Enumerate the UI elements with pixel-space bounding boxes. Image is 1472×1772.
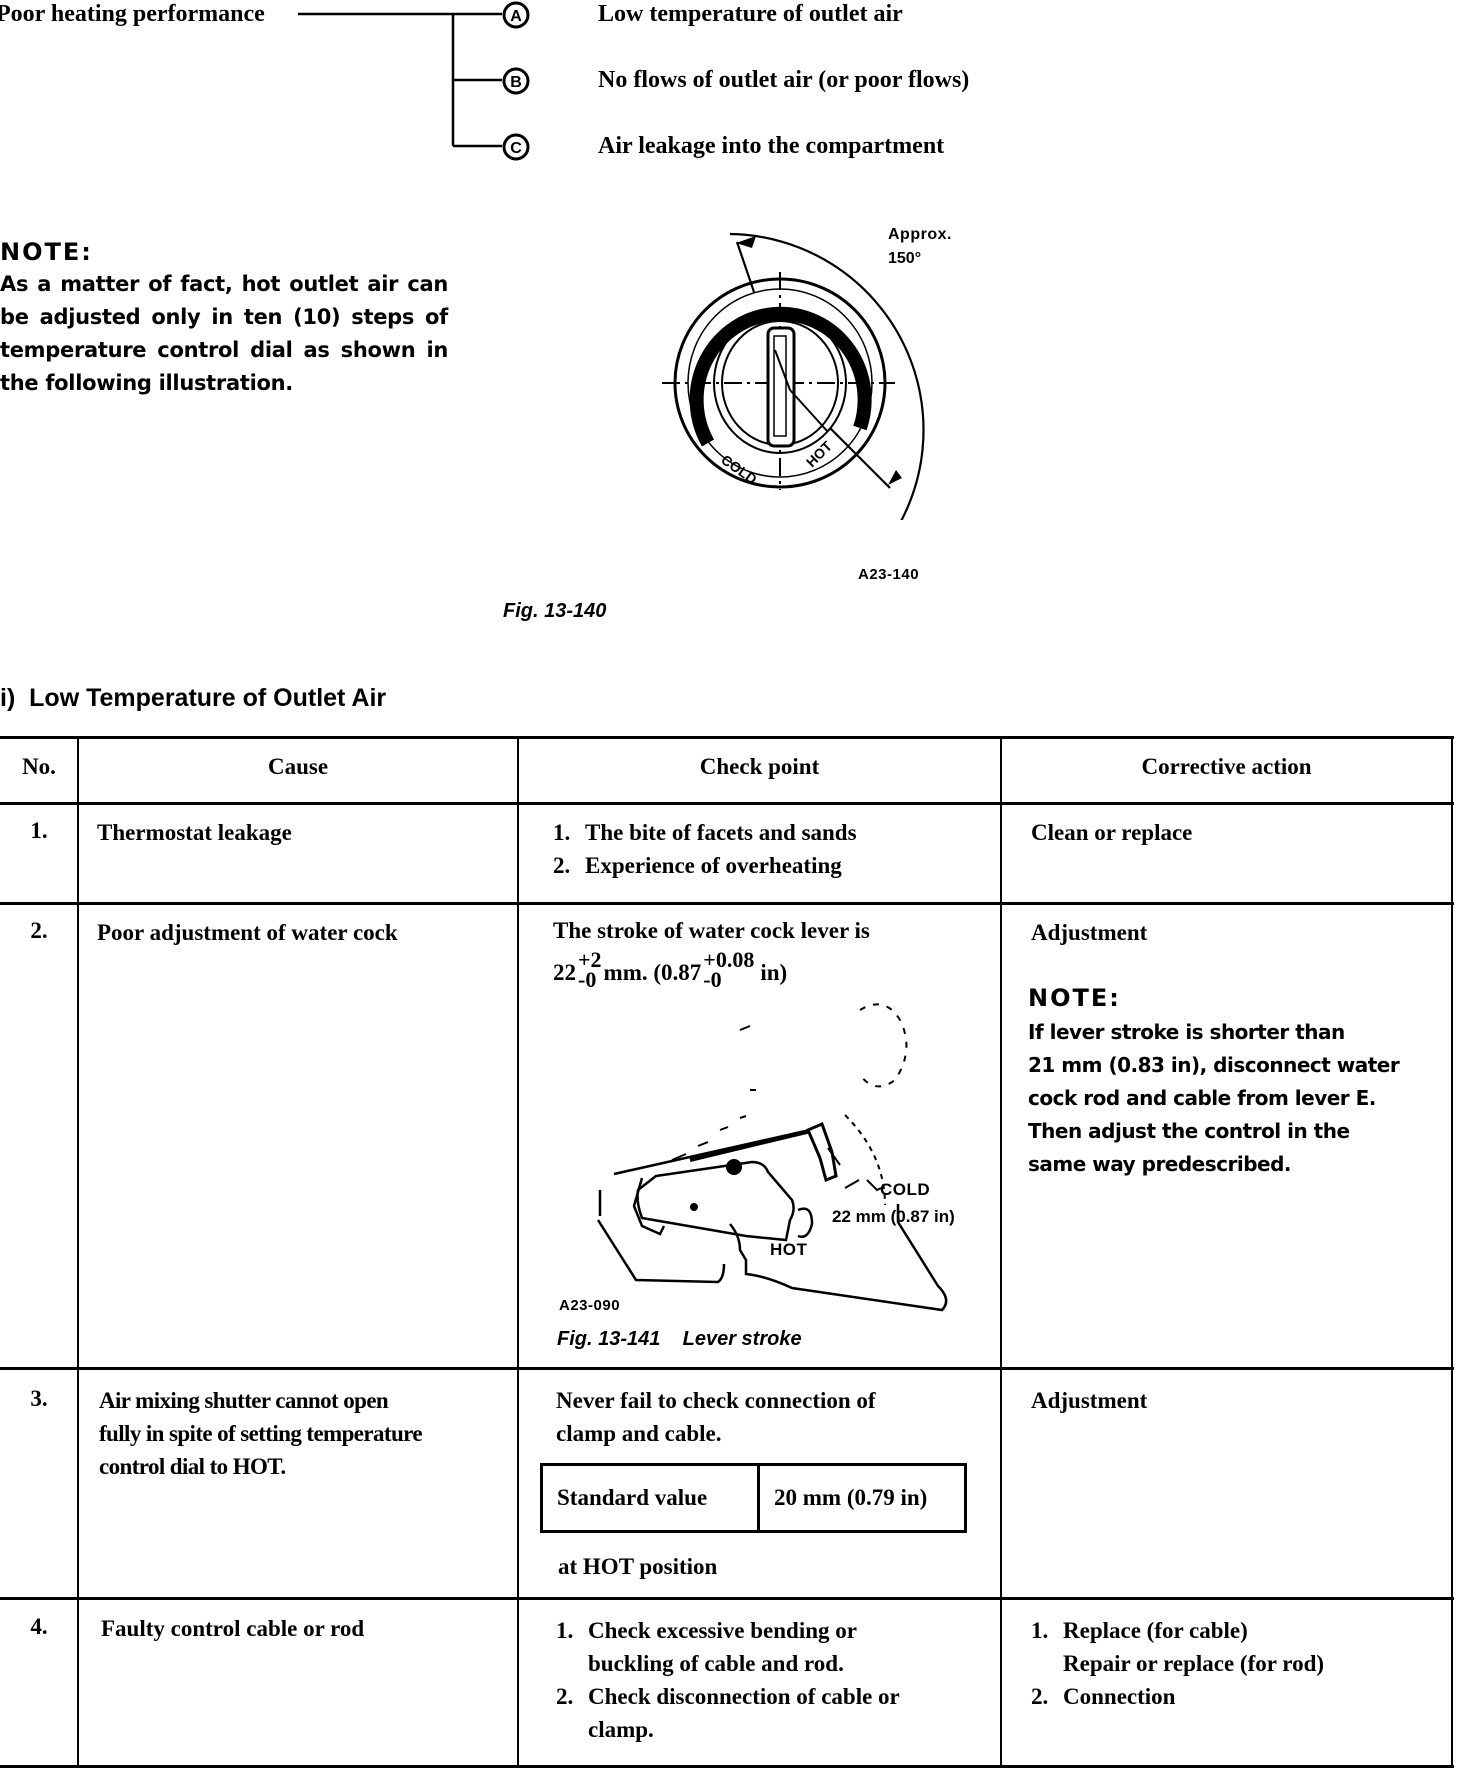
row-number: 1. (0, 818, 78, 844)
lever-stroke-illustration (560, 990, 1000, 1320)
row-action-note-body: If lever stroke is shorter than 21 mm (0… (1028, 1016, 1399, 1181)
circled-a-icon: A (502, 1, 530, 29)
list-text: buckling of cable and rod. (588, 1647, 844, 1680)
cause-line: control dial to HOT. (99, 1450, 422, 1483)
table-border-bottom (0, 1765, 1454, 1768)
tree-branch-a-label: Low temperature of outlet air (598, 0, 903, 28)
list-number: 1. (1031, 1614, 1063, 1647)
lever-hot-label: HOT (770, 1240, 807, 1260)
standard-value-label: Standard value (543, 1466, 760, 1530)
svg-text:C: C (510, 140, 522, 157)
row-number: 2. (0, 918, 78, 944)
stroke-unit-mm: mm. (604, 956, 648, 989)
table-row-divider (0, 1597, 1454, 1600)
lever-stroke-label: 22 mm (0.87 in) (832, 1207, 955, 1227)
row-check: 1.Check excessive bending or buckling of… (556, 1614, 900, 1746)
row-number: 3. (0, 1386, 78, 1412)
header-corrective-action: Corrective action (1001, 754, 1452, 780)
row-cause: Poor adjustment of water cock (97, 916, 398, 949)
stroke-value-mm: 22 (553, 956, 576, 989)
stroke-tolerance-in: +0.08-0 (703, 950, 754, 990)
header-no: No. (0, 754, 78, 780)
svg-text:B: B (510, 74, 522, 91)
note-title: NOTE: (0, 238, 93, 266)
stroke-tolerance-mm: +2-0 (578, 950, 602, 990)
table-header-divider (0, 802, 1454, 805)
cause-line: Air mixing shutter cannot open (99, 1384, 422, 1417)
check-line: clamp and cable. (556, 1417, 876, 1450)
tree-branch-b-label: No flows of outlet air (or poor flows) (598, 66, 969, 94)
dial-hot-label: HOT (803, 438, 836, 471)
header-cause: Cause (78, 754, 518, 780)
row-action: Adjustment (1031, 916, 1147, 949)
note-line: same way predescribed. (1028, 1148, 1399, 1181)
list-text: Check disconnection of cable or (588, 1680, 900, 1713)
row-action: 1.Replace (for cable) Repair or replace … (1031, 1614, 1324, 1713)
row-action: Clean or replace (1031, 816, 1192, 849)
list-text: The bite of facets and sands (585, 816, 857, 849)
row-action-note-title: NOTE: (1028, 984, 1121, 1012)
row-check-text: The stroke of water cock lever is (553, 914, 870, 947)
angle-label-line1: Approx. (888, 226, 952, 244)
list-text: clamp. (588, 1713, 654, 1746)
table-col-divider (1000, 736, 1002, 1768)
list-number: 2. (556, 1680, 588, 1713)
list-text: Repair or replace (for rod) (1063, 1647, 1324, 1680)
standard-value: 20 mm (0.79 in) (760, 1466, 964, 1530)
list-text: Replace (for cable) (1063, 1614, 1248, 1647)
row-check: Never fail to check connection of clamp … (556, 1384, 876, 1450)
row-cause: Faulty control cable or rod (101, 1612, 364, 1645)
list-number: 1. (556, 1614, 588, 1647)
table-row-divider (0, 1367, 1454, 1370)
svg-text:A: A (510, 8, 522, 25)
list-number: 2. (1031, 1680, 1063, 1713)
note-line: If lever stroke is shorter than (1028, 1016, 1399, 1049)
temperature-dial-illustration: COLD HOT (640, 200, 1000, 520)
check-line: Never fail to check connection of (556, 1384, 876, 1417)
stroke-value-in: (0.87 (653, 956, 701, 989)
table-border-right (1451, 736, 1453, 1768)
figure-code-a23-140: A23-140 (858, 566, 919, 583)
lever-cold-label: COLD (880, 1180, 930, 1200)
section-heading: i) Low Temperature of Outlet Air (0, 684, 386, 713)
figure-code-a23-090: A23-090 (559, 1297, 620, 1314)
row-cause: Thermostat leakage (97, 816, 292, 849)
stroke-spec: 22 +2-0 mm. (0.87 +0.08-0 in) (553, 952, 787, 992)
note-line: 21 mm (0.83 in), disconnect water (1028, 1049, 1399, 1082)
table-border-top (0, 736, 1454, 739)
circled-c-icon: C (502, 133, 530, 161)
note-body: As a matter of fact, hot outlet air can … (0, 268, 448, 400)
tree-branch-c-label: Air leakage into the compartment (598, 132, 944, 160)
row-check-after: at HOT position (558, 1550, 717, 1583)
table-col-divider (517, 736, 519, 1768)
list-text: Check excessive bending or (588, 1614, 857, 1647)
row-number: 4. (0, 1614, 78, 1640)
cause-line: fully in spite of setting temperature (99, 1417, 422, 1450)
list-text: Connection (1063, 1680, 1175, 1713)
row-cause: Air mixing shutter cannot open fully in … (99, 1384, 422, 1483)
dial-cold-label: COLD (718, 451, 760, 487)
standard-value-box: Standard value 20 mm (0.79 in) (540, 1463, 967, 1533)
list-number: 1. (553, 816, 585, 849)
circled-b-icon: B (502, 67, 530, 95)
list-number: 2. (553, 849, 585, 882)
note-line: cock rod and cable from lever E. (1028, 1082, 1399, 1115)
figure-caption-13-140: Fig. 13-140 (503, 600, 606, 623)
header-check-point: Check point (518, 754, 1001, 780)
row-check: 1.The bite of facets and sands 2.Experie… (553, 816, 857, 882)
stroke-unit-in: in) (760, 956, 787, 989)
angle-label-line2: 150° (888, 250, 921, 268)
figure-caption-13-141: Fig. 13-141 Lever stroke (557, 1328, 802, 1351)
note-line: Then adjust the control in the (1028, 1115, 1399, 1148)
row-action: Adjustment (1031, 1384, 1147, 1417)
list-text: Experience of overheating (585, 849, 842, 882)
table-row-divider (0, 902, 1454, 905)
